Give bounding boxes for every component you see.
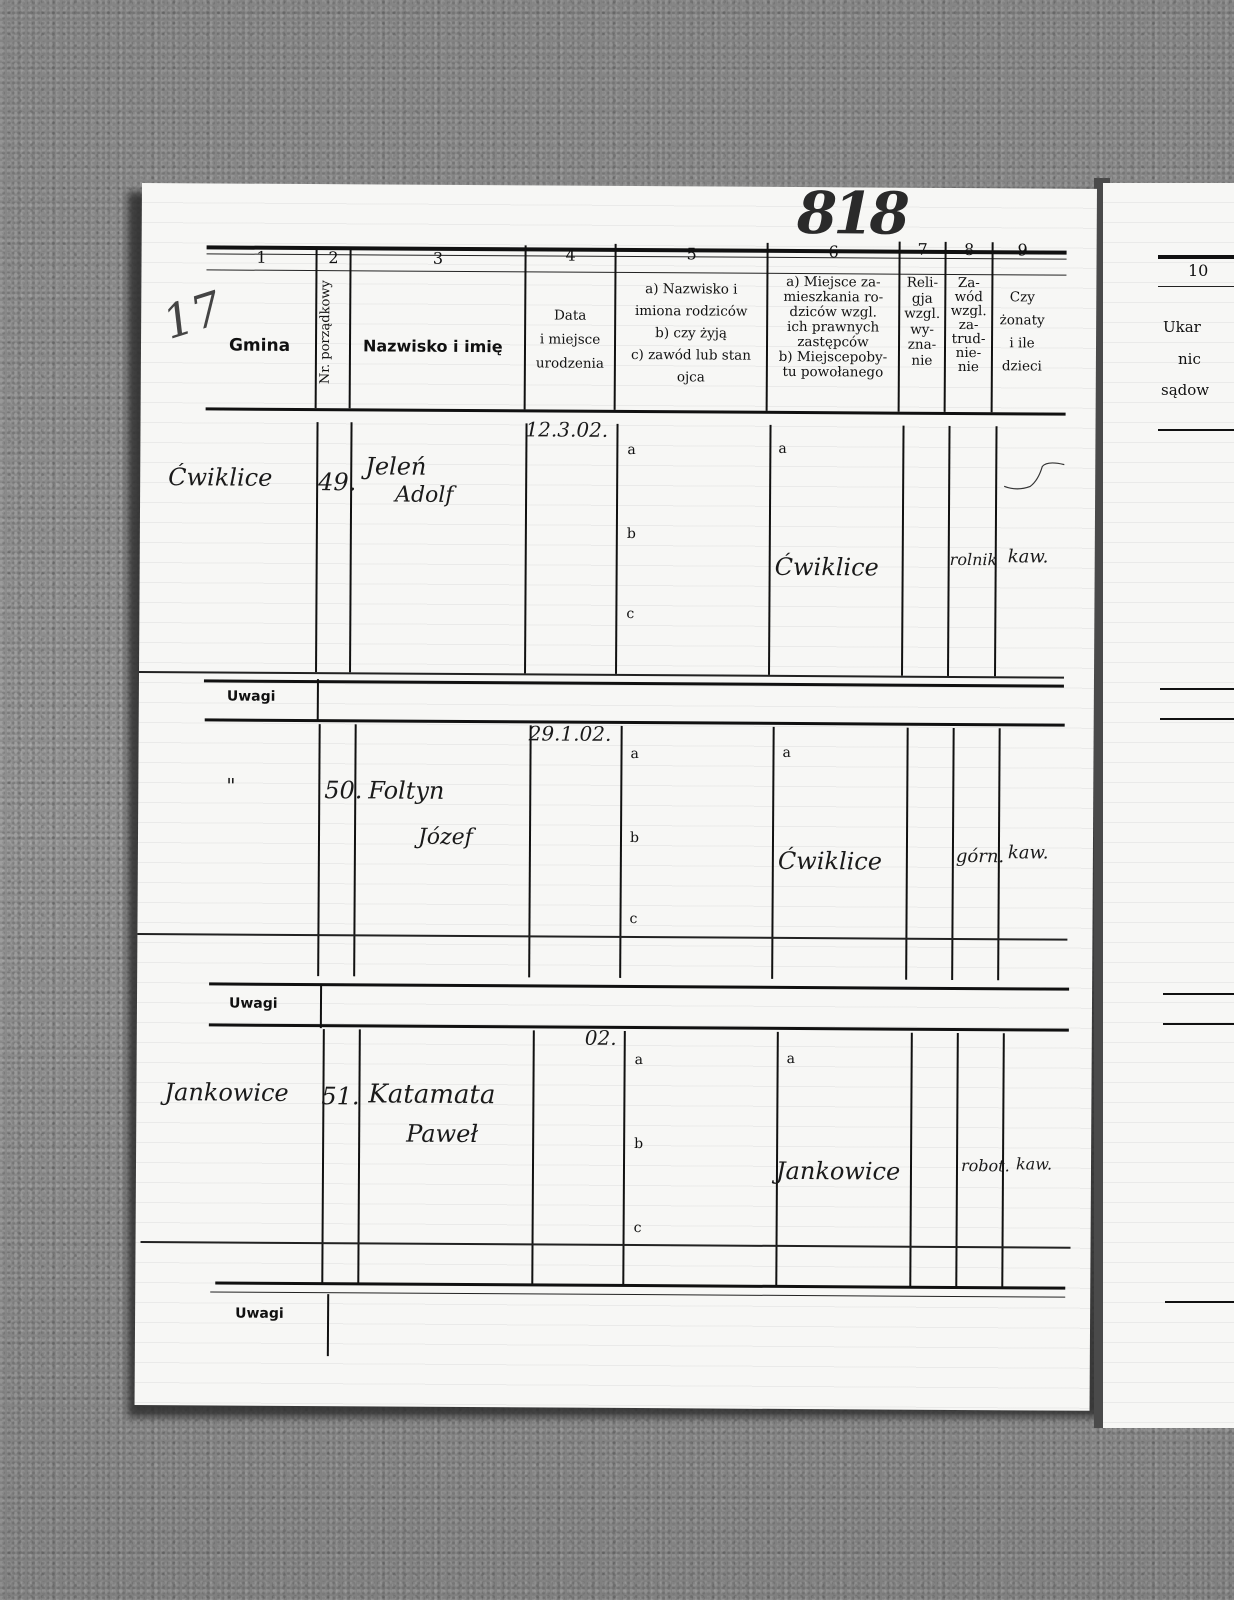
- header-line: nie-: [945, 346, 992, 360]
- remarks-divider: [320, 984, 322, 1028]
- occupation-value: górn.: [956, 846, 1004, 867]
- facing-header-line: nic: [1178, 350, 1201, 368]
- header-miejsce-zamieszkania: a) Miejsce za- mieszkania ro- dziców wzg…: [767, 275, 900, 381]
- birth-date-value: 12.3.02.: [525, 417, 608, 442]
- header-line: wzgl.: [945, 304, 992, 318]
- column-divider: [321, 1029, 325, 1284]
- marital-value: kaw.: [1008, 546, 1049, 567]
- sub-label-b: b: [634, 1136, 643, 1152]
- header-nr-porzadkowy: Nr. porządkowy: [318, 280, 334, 384]
- column-divider: [905, 728, 909, 980]
- column-divider: [357, 1029, 361, 1284]
- header-line: c) zawód lub stan: [615, 344, 767, 367]
- residence-value: Jankowice: [776, 1157, 900, 1186]
- remarks-field[interactable]: [321, 684, 1061, 722]
- header-line: Data: [525, 303, 615, 328]
- column-divider: [531, 1030, 535, 1285]
- column-number: 3: [350, 248, 525, 268]
- sub-label-a: a: [627, 442, 635, 458]
- header-line: nie: [899, 353, 945, 369]
- surname-value: Jeleń: [365, 452, 426, 480]
- column-divider: [622, 1031, 626, 1286]
- margin-note: 17: [156, 281, 228, 350]
- rule: [1160, 688, 1234, 690]
- column-divider: [955, 1033, 959, 1288]
- header-zawod: Za- wód wzgl. za- trud- nie- nie: [945, 276, 993, 374]
- column-divider: [901, 426, 905, 676]
- header-gmina: Gmina: [229, 336, 290, 356]
- facing-page: 10 Ukar nic sądow: [1103, 183, 1234, 1428]
- register-page: 818 17 1 2 3 4 5 6 7 8 9 Gmina Nr. porzą…: [135, 183, 1097, 1411]
- column-number: 5: [616, 244, 768, 264]
- rule: [1160, 718, 1234, 720]
- nr-value: 50.: [324, 776, 362, 804]
- header-line: Reli-: [899, 276, 945, 292]
- column-number: 6: [768, 242, 900, 262]
- rule: [1158, 429, 1234, 431]
- gmina-value: ": [226, 774, 235, 798]
- column-divider: [349, 422, 353, 672]
- given-name-value: Adolf: [395, 483, 454, 508]
- sub-label-c: c: [626, 606, 634, 622]
- column-number: 7: [900, 240, 946, 259]
- header-nazwisko-imie: Nazwisko i imię: [363, 336, 503, 356]
- header-line: wy-: [899, 322, 945, 338]
- header-line: wzgl.: [899, 307, 945, 323]
- occupation-value: rolnik: [950, 550, 998, 569]
- header-line: b) czy żyją: [615, 322, 767, 345]
- header-religia: Reli- gja wzgl. wy- zna- nie: [899, 276, 946, 369]
- header-line: a) Nazwisko i: [615, 278, 767, 301]
- marital-value: kaw.: [1016, 1154, 1052, 1173]
- remarks-label: Uwagi: [235, 1306, 284, 1322]
- column-divider: [909, 1033, 913, 1288]
- facing-header-line: Ukar: [1163, 318, 1201, 336]
- header-line: imiona rodziców: [615, 300, 767, 323]
- column-number: 2: [316, 248, 350, 267]
- header-line: i miejsce: [525, 327, 615, 352]
- sub-label-a: a: [635, 1052, 643, 1068]
- sub-label-c: c: [629, 911, 637, 927]
- gmina-value: Jankowice: [164, 1078, 288, 1107]
- header-line: ojca: [615, 366, 767, 389]
- marital-value: kaw.: [1008, 842, 1049, 863]
- surname-value: Katamata: [368, 1079, 495, 1110]
- occupation-value: robot.: [961, 1156, 1010, 1175]
- page-number: 818: [797, 179, 906, 248]
- column-divider: [528, 725, 532, 977]
- rule: [1165, 1301, 1234, 1303]
- nr-value: 51.: [321, 1082, 359, 1110]
- column-divider: [768, 425, 772, 675]
- sub-label-a: a: [782, 745, 790, 761]
- column-number: 1: [206, 247, 316, 267]
- sub-label-c: c: [634, 1220, 642, 1236]
- column-divider: [615, 424, 619, 674]
- header-line: urodzenia: [525, 351, 615, 376]
- header-line: żonaty: [992, 309, 1052, 332]
- given-name-value: Józef: [418, 825, 473, 850]
- facing-header-line: sądow: [1161, 381, 1209, 399]
- remarks-field[interactable]: [333, 1296, 1063, 1360]
- rule: [1158, 286, 1234, 287]
- column-number: 9: [993, 240, 1053, 259]
- header-line: trud-: [945, 332, 992, 346]
- sub-label-b: b: [630, 830, 639, 846]
- rule: [1163, 1023, 1234, 1025]
- header-rodzice: a) Nazwisko i imiona rodziców b) czy żyj…: [615, 278, 768, 389]
- remarks-divider: [317, 679, 319, 721]
- column-number: 4: [526, 245, 616, 265]
- record-bottom-rule: [139, 671, 1064, 679]
- header-data-urodzenia: Data i miejsce urodzenia: [525, 303, 615, 376]
- remarks-top-rule: [215, 1281, 1065, 1289]
- remarks-divider: [327, 1294, 329, 1356]
- record-bottom-rule: [141, 1241, 1071, 1249]
- header-zonaty: Czy żonaty i ile dzieci: [992, 286, 1053, 378]
- column-divider: [524, 423, 528, 673]
- header-line: Czy: [992, 286, 1052, 309]
- birth-date-value: 02.: [585, 1026, 617, 1050]
- record-bottom-rule: [137, 933, 1067, 941]
- gmina-value: Ćwiklice: [168, 463, 272, 492]
- header-line: dzieci: [992, 355, 1052, 378]
- remarks-label: Uwagi: [229, 996, 278, 1012]
- column-number: 8: [946, 240, 993, 259]
- header-line: gja: [899, 291, 945, 307]
- column-divider: [771, 727, 775, 979]
- residence-value: Ćwiklice: [775, 553, 879, 582]
- column-divider: [317, 724, 321, 976]
- rule: [1163, 993, 1234, 995]
- remarks-field[interactable]: [325, 988, 1065, 1027]
- header-line: zna-: [899, 338, 945, 354]
- header-line: nie: [945, 360, 992, 374]
- column-divider: [315, 422, 319, 672]
- column-number-10: 10: [1188, 261, 1208, 280]
- birth-date-value: 29.1.02.: [529, 721, 612, 746]
- remarks-label: Uwagi: [227, 689, 276, 705]
- sub-label-a: a: [630, 746, 638, 762]
- sub-label-a: a: [778, 441, 786, 457]
- given-name-value: Paweł: [406, 1120, 478, 1148]
- column-divider: [951, 728, 955, 980]
- sub-label-b: b: [627, 526, 636, 542]
- header-rule: [1158, 255, 1234, 259]
- column-divider: [353, 724, 357, 976]
- surname-value: Foltyn: [368, 776, 444, 804]
- column-divider: [619, 726, 623, 978]
- column-divider: [349, 248, 352, 408]
- header-line: tu powołanego: [767, 365, 899, 381]
- nr-value: 49.: [318, 468, 356, 496]
- pen-mark: [1002, 458, 1072, 498]
- residence-value: Ćwiklice: [778, 847, 882, 876]
- header-line: i ile: [992, 332, 1052, 355]
- header-bottom-rule: [206, 407, 1066, 415]
- sub-label-a: a: [787, 1051, 795, 1067]
- header-line: Za-: [945, 276, 992, 290]
